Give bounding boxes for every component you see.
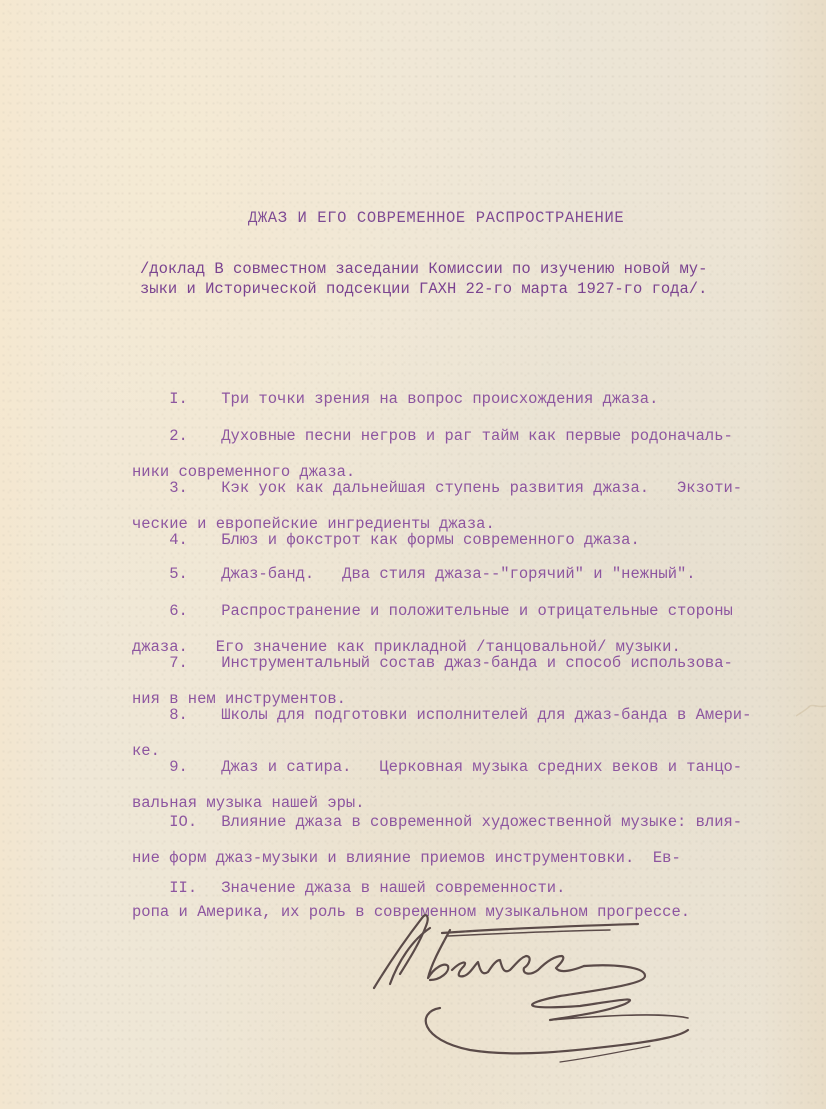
item-text: Три точки зрения на вопрос происхождения… bbox=[221, 390, 658, 408]
item-number: 2. bbox=[169, 427, 221, 445]
item-text: Джаз-банд. Два стиля джаза--"горячий" и … bbox=[221, 565, 695, 583]
document-subtitle: /доклад В совместном заседании Комиссии … bbox=[140, 259, 800, 299]
subtitle-line: /доклад В совместном заседании Комиссии … bbox=[140, 260, 707, 278]
document-title: ДЖАЗ И ЕГО СОВРЕМЕННОЕ РАСПРОСТРАНЕНИЕ bbox=[248, 209, 624, 227]
item-number: I. bbox=[169, 390, 221, 408]
item-text: Инструментальный состав джаз-банда и спо… bbox=[221, 654, 733, 672]
item-number: 7. bbox=[169, 654, 221, 672]
item-text: Распространение и положительные и отрица… bbox=[221, 602, 733, 620]
item-text: Школы для подготовки исполнителей для дж… bbox=[221, 706, 751, 724]
item-text: Духовные песни негров и раг тайм как пер… bbox=[221, 427, 733, 445]
item-number: 5. bbox=[169, 565, 221, 583]
subtitle-line: зыки и Исторической подсекции ГАХН 22-го… bbox=[140, 280, 707, 298]
document-page: ДЖАЗ И ЕГО СОВРЕМЕННОЕ РАСПРОСТРАНЕНИЕ /… bbox=[0, 0, 826, 1109]
item-number: 6. bbox=[169, 602, 221, 620]
handwritten-signature: В. Беляев bbox=[360, 900, 690, 1070]
item-text: Кэк уок как дальнейшая ступень развития … bbox=[221, 479, 742, 497]
item-number: IO. bbox=[169, 813, 221, 831]
paper-tear-mark bbox=[796, 698, 826, 728]
item-number: II. bbox=[169, 879, 221, 897]
item-text: Влияние джаза в современной художественн… bbox=[221, 813, 742, 831]
item-number: 8. bbox=[169, 706, 221, 724]
item-text: Джаз и сатира. Церковная музыка средних … bbox=[221, 758, 742, 776]
item-number: 9. bbox=[169, 758, 221, 776]
item-number: 3. bbox=[169, 479, 221, 497]
item-text: Значение джаза в нашей современности. bbox=[221, 879, 565, 897]
